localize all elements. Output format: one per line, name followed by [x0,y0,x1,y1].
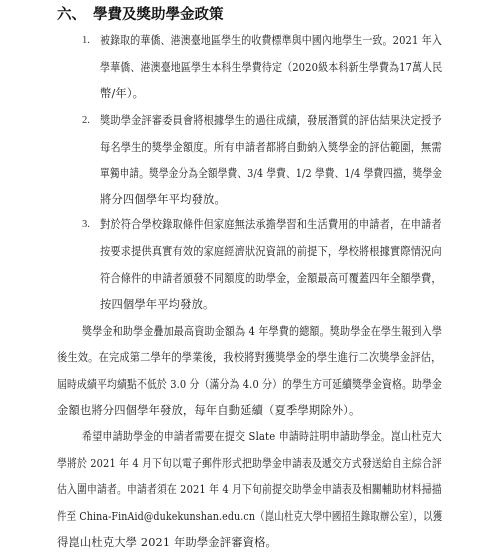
paragraph-line: 獎學金和助學金疊加最高資助金額為 4 年學費的總額。獎助學金在學生報到入學 [82,323,442,341]
list-item-line: 將分四個學年平均發放。 [100,191,226,209]
paragraph-line: 金額也將分四個學年發放，每年自動延續（夏季學期除外）。 [57,402,360,420]
paragraph-line: 件至 China-FinAid@dukekunshan.edu.cn（崑山杜克大… [57,508,442,526]
list-item-line: 單獨申請。獎學金分為全額學費、3/4 學費、1/2 學費、1/4 學費四擋，獎學… [100,165,442,183]
section-number: 六、 [57,4,86,26]
paragraph-line: 屆時成績平均績點不低於 3.0 分（滿分為 4.0 分）的學生方可延續獎學金資格… [57,376,442,394]
section-title: 學費及獎助學金政策 [93,4,224,26]
list-item-line: 符合條件的申請者頒發不同額度的助學金，金額最高可覆蓋四年全額學費， [100,270,442,288]
paragraph-line: 估入圍申請者。申請者須在 2021 年 4 月下旬前提交助學金申請表及相關輔助材… [57,481,442,499]
paragraph-line: 學將於 2021 年 4 月下旬以電子郵件形式把助學金申請表及遞交方式發送給自主… [57,455,442,473]
list-item-number: 3. [82,216,90,234]
list-item-line: 按要求提供真實有效的家庭經濟狀況資訊的前提下，學校將根據實際情況向 [100,243,442,261]
paragraph-line: 希望申請助學金的申請者需要在提交 Slate 申請時註明申請助學金。崑山杜克大 [82,428,442,446]
paragraph-line: 後生效。在完成第二學年的學業後，我校將對獲獎學金的學生進行二次獎學金評估， [57,349,442,367]
list-item-line: 學華僑、港澳臺地區學生本科生學費待定（2020級本科新生學費為17萬人民 [100,59,442,77]
list-item-line: 獎助學金評審委員會將根據學生的過往成績，發展潛質的評估結果決定授予 [100,112,442,130]
paragraph-line: 得崑山杜克大學 2021 年助學金評審資格。 [57,534,277,552]
list-item-line: 被錄取的華僑、港澳臺地區學生的收費標準與中國內地學生一致。2021 年入 [100,32,442,50]
list-item-number: 2. [82,112,90,130]
list-item-number: 1. [82,32,90,50]
list-item-line: 每名學生的獎學金額度。所有申請者都將自動納入獎學金的評估範圍，無需 [100,139,442,157]
list-item-line: 幣/年）。 [100,85,144,103]
list-item-line: 對於符合學校錄取條件但家庭無法承擔學習和生活費用的申請者，在申請者 [100,216,442,234]
document-page: 六、 學費及獎助學金政策 1. 被錄取的華僑、港澳臺地區學生的收費標準與中國內地… [0,0,500,556]
list-item-line: 按四個學年平均發放。 [100,296,214,314]
